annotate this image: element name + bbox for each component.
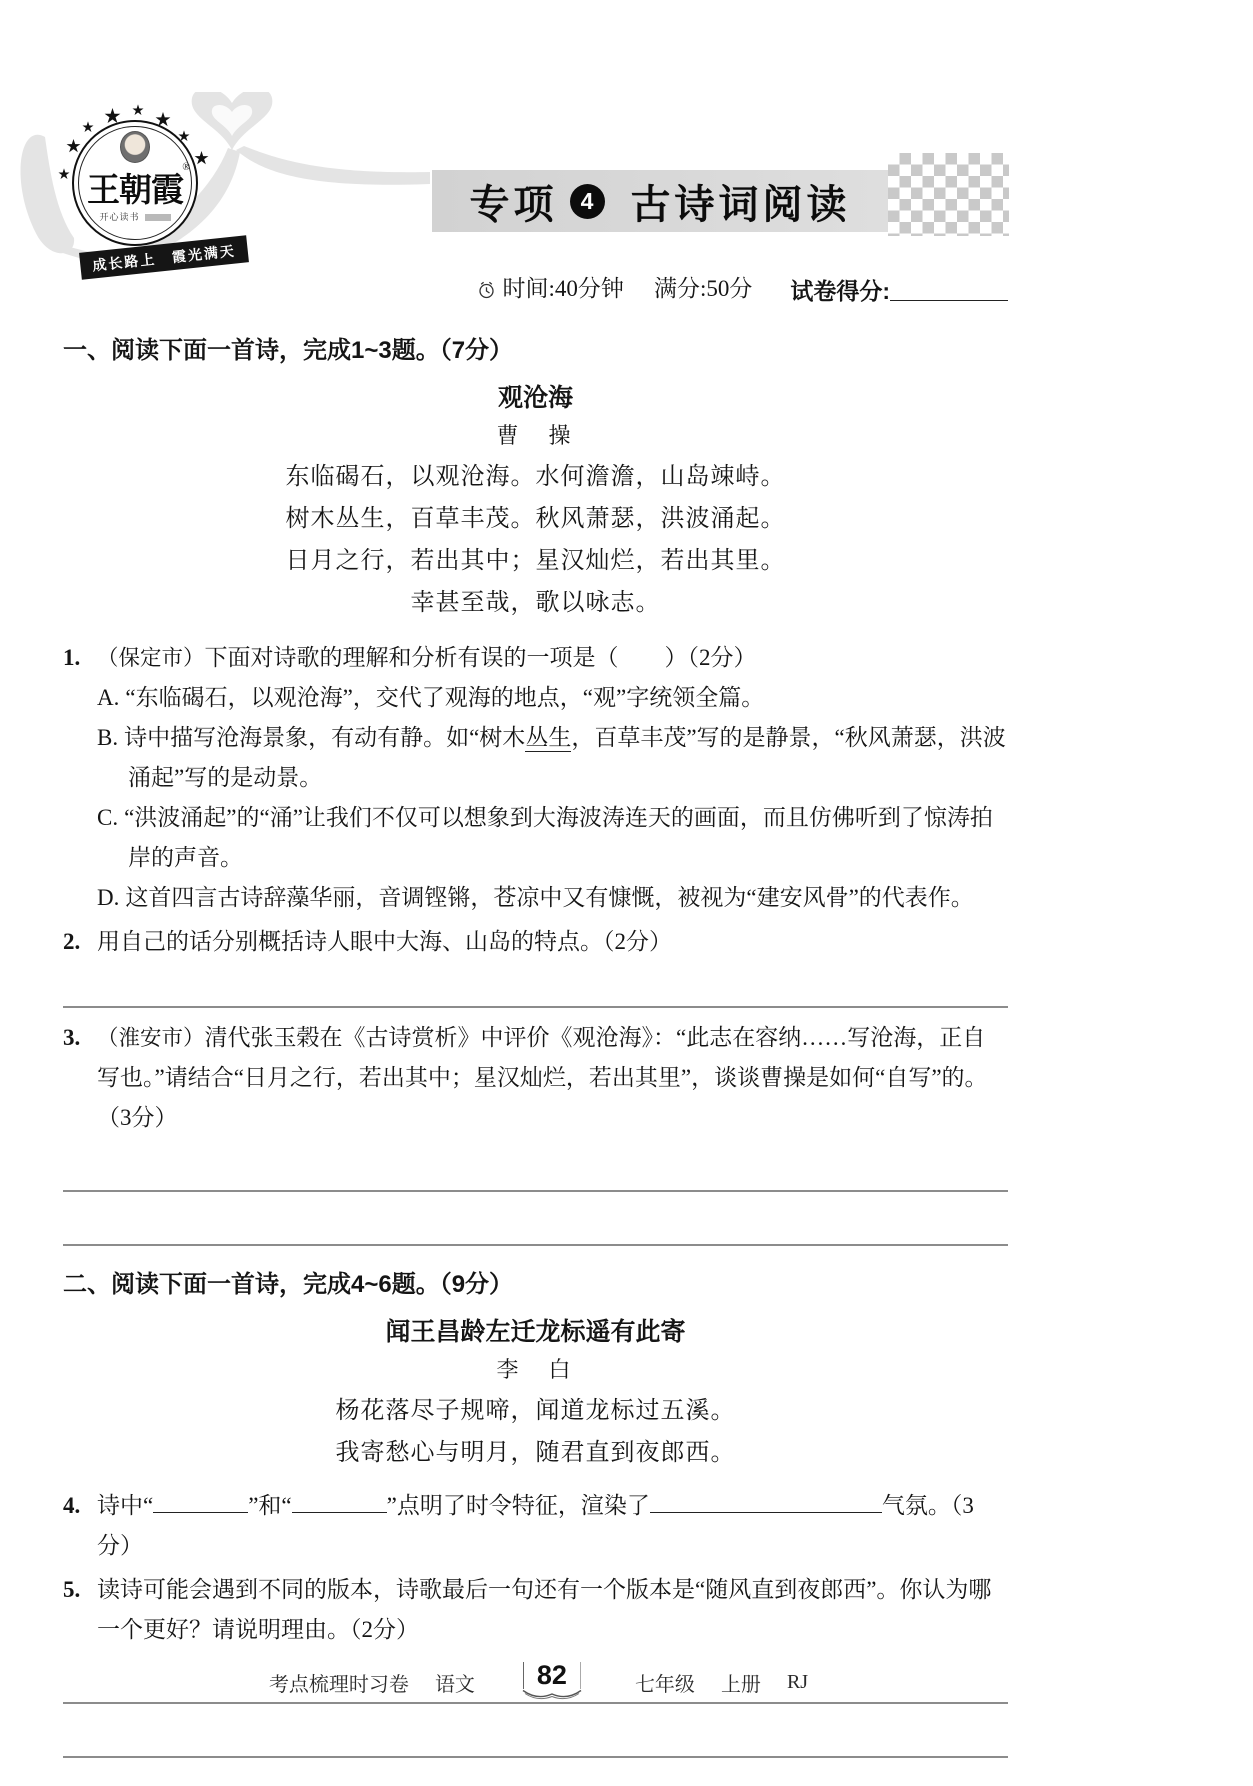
section1-heading: 一、阅读下面一首诗，完成1~3题。（7分） bbox=[63, 334, 1008, 368]
fill-blank-3 bbox=[650, 1490, 882, 1513]
question-1: 1. （保定市）下面对诗歌的理解和分析有误的一项是（ ）（2分） A.“东临碣石… bbox=[63, 638, 1008, 918]
poem2: 闻王昌龄左迁龙标遥有此寄 李 白 杨花落尽子规啼，闻道龙标过五溪。 我寄愁心与明… bbox=[63, 1314, 1008, 1474]
clock-icon bbox=[478, 280, 495, 299]
option-b-label: B. bbox=[97, 725, 118, 750]
question-1-stem: （保定市）下面对诗歌的理解和分析有误的一项是（ ）（2分） bbox=[97, 638, 1008, 678]
poem1-line: 日月之行，若出其中；星汉灿烂，若出其里。 bbox=[63, 540, 1008, 582]
illegible-text-bar bbox=[145, 214, 171, 221]
option-d-label: D. bbox=[97, 885, 119, 910]
answer-line bbox=[63, 1006, 1008, 1008]
brand-name: 王朝霞 bbox=[74, 164, 196, 211]
question-4: 4. 诗中“”和“”点明了时令特征，渲染了气氛。（3分） bbox=[63, 1486, 1008, 1566]
poem2-title: 闻王昌龄左迁龙标遥有此寄 bbox=[63, 1314, 1008, 1350]
question-3: 3. （淮安市）清代张玉榖在《古诗赏析》中评价《观沧海》：“此志在容纳……写沧海… bbox=[63, 1018, 1008, 1138]
footer-edition: RJ bbox=[787, 1671, 808, 1694]
page-number-badge: 82 bbox=[521, 1662, 583, 1702]
option-d-text: 这首四言古诗辞藻华丽，音调铿锵，苍凉中又有慷慨，被视为“建安风骨”的代表作。 bbox=[125, 885, 973, 910]
poem1-line: 幸甚至哉，歌以咏志。 bbox=[63, 582, 1008, 624]
question-5: 5. 读诗可能会遇到不同的版本，诗歌最后一句还有一个版本是“随风直到夜郎西”。你… bbox=[63, 1570, 1008, 1650]
question-2-number: 2. bbox=[63, 922, 97, 962]
portrait-icon bbox=[120, 131, 150, 163]
answer-line bbox=[63, 1702, 1008, 1704]
poem1-line: 东临碣石，以观沧海。水何澹澹，山岛竦峙。 bbox=[63, 456, 1008, 498]
brand-logo: ★ ★ ★ ★ ★ ★ ★ ★ 王朝霞 ® 开心读书 成长路上 霞光满天 bbox=[56, 110, 251, 278]
answer-line bbox=[63, 1190, 1008, 1192]
option-b-underlined-term: 丛生 bbox=[525, 725, 571, 752]
footer-content: 考点梳理时习卷 语文 82 七年级 上册 RJ bbox=[269, 1662, 808, 1702]
question-1-body: （保定市）下面对诗歌的理解和分析有误的一项是（ ）（2分） A.“东临碣石，以观… bbox=[97, 638, 1008, 918]
question-1-number: 1. bbox=[63, 638, 97, 918]
full-score: 满分:50分 bbox=[654, 269, 752, 309]
score-label: 试卷得分: bbox=[790, 273, 890, 306]
page-title: 古诗词阅读 bbox=[631, 173, 851, 230]
open-book-icon bbox=[521, 1689, 583, 1702]
question-1-stem-text: 下面对诗歌的理解和分析有误的一项是（ ）（2分） bbox=[205, 645, 757, 670]
score-blank bbox=[890, 278, 1008, 301]
option-a: A.“东临碣石，以观沧海”，交代了观海的地点，“观”字统领全篇。 bbox=[97, 678, 1008, 718]
answer-line bbox=[63, 1244, 1008, 1246]
question-4-number: 4. bbox=[63, 1486, 97, 1566]
option-c-text: “洪波涌起”的“涌”让我们不仅可以想象到大海波涛连天的画面，而且仿佛听到了惊涛拍… bbox=[124, 805, 993, 870]
footer-grade: 七年级 bbox=[635, 1668, 695, 1697]
footer-series: 考点梳理时习卷 bbox=[269, 1668, 409, 1697]
poem1-line: 树木丛生，百草丰茂。秋风萧瑟，洪波涌起。 bbox=[63, 498, 1008, 540]
exam-meta-line: 时间:40分钟 满分:50分 试卷得分: bbox=[63, 272, 1008, 306]
footer-volume: 上册 bbox=[721, 1668, 761, 1697]
answer-line bbox=[63, 1756, 1008, 1758]
option-a-label: A. bbox=[97, 685, 119, 710]
question-1-source: （保定市） bbox=[97, 646, 205, 670]
section2-heading: 二、阅读下面一首诗，完成4~6题。（9分） bbox=[63, 1268, 1008, 1302]
poem1-author: 曹 操 bbox=[63, 416, 1008, 456]
option-b-text-pre: 诗中描写沧海景象，有动有静。如“树木 bbox=[124, 725, 525, 750]
poem2-line: 我寄愁心与明月，随君直到夜郎西。 bbox=[63, 1432, 1008, 1474]
title-number-badge: 4 bbox=[570, 184, 605, 219]
question-4-part3: ”点明了时令特征，渲染了 bbox=[387, 1493, 650, 1518]
footer-subject: 语文 bbox=[435, 1668, 475, 1697]
fill-blank-1 bbox=[153, 1490, 248, 1513]
worksheet-page: ★ ★ ★ ★ ★ ★ ★ ★ 王朝霞 ® 开心读书 成长路上 霞光满天 专项 … bbox=[0, 0, 1253, 1786]
checkerboard-decoration bbox=[888, 153, 1009, 236]
option-a-text: “东临碣石，以观沧海”，交代了观海的地点，“观”字统领全篇。 bbox=[125, 685, 764, 710]
registered-mark: ® bbox=[182, 162, 190, 173]
section-title-banner: 专项 4 古诗词阅读 bbox=[432, 170, 888, 232]
page-number: 82 bbox=[523, 1662, 581, 1689]
question-4-part2: ”和“ bbox=[248, 1493, 291, 1518]
page-footer: 考点梳理时习卷 语文 82 七年级 上册 RJ bbox=[0, 1662, 1253, 1702]
option-c-label: C. bbox=[97, 805, 118, 830]
poem2-author: 李 白 bbox=[63, 1350, 1008, 1390]
question-3-source: （淮安市） bbox=[97, 1026, 205, 1050]
option-c: C.“洪波涌起”的“涌”让我们不仅可以想象到大海波涛连天的画面，而且仿佛听到了惊… bbox=[97, 798, 1008, 878]
poem1: 观沧海 曹 操 东临碣石，以观沧海。水何澹澹，山岛竦峙。 树木丛生，百草丰茂。秋… bbox=[63, 380, 1008, 624]
option-b: B.诗中描写沧海景象，有动有静。如“树木丛生，百草丰茂”写的是静景，“秋风萧瑟，… bbox=[97, 718, 1008, 798]
question-5-stem: 读诗可能会遇到不同的版本，诗歌最后一句还有一个版本是“随风直到夜郎西”。你认为哪… bbox=[97, 1570, 1008, 1650]
question-4-part1: 诗中“ bbox=[97, 1493, 153, 1518]
poem1-title: 观沧海 bbox=[63, 380, 1008, 416]
fill-blank-2 bbox=[292, 1490, 387, 1513]
question-3-body: （淮安市）清代张玉榖在《古诗赏析》中评价《观沧海》：“此志在容纳……写沧海，正自… bbox=[97, 1018, 1008, 1138]
option-d: D.这首四言古诗辞藻华丽，音调铿锵，苍凉中又有慷慨，被视为“建安风骨”的代表作。 bbox=[97, 878, 1008, 918]
brand-subtext: 开心读书 bbox=[74, 210, 196, 223]
question-3-stem: 清代张玉榖在《古诗赏析》中评价《观沧海》：“此志在容纳……写沧海，正自写也。”请… bbox=[97, 1025, 988, 1130]
brand-subtext-left: 开心读书 bbox=[99, 212, 139, 222]
content-column: 时间:40分钟 满分:50分 试卷得分: 一、阅读下面一首诗，完成1~3题。（7… bbox=[63, 272, 1008, 1758]
question-3-number: 3. bbox=[63, 1018, 97, 1138]
poem2-line: 杨花落尽子规啼，闻道龙标过五溪。 bbox=[63, 1390, 1008, 1432]
title-prefix: 专项 bbox=[470, 173, 558, 230]
question-5-number: 5. bbox=[63, 1570, 97, 1650]
time-limit: 时间:40分钟 bbox=[503, 269, 624, 309]
question-2: 2. 用自己的话分别概括诗人眼中大海、山岛的特点。（2分） bbox=[63, 922, 1008, 962]
question-4-body: 诗中“”和“”点明了时令特征，渲染了气氛。（3分） bbox=[97, 1486, 1008, 1566]
question-2-stem: 用自己的话分别概括诗人眼中大海、山岛的特点。（2分） bbox=[97, 922, 1008, 962]
